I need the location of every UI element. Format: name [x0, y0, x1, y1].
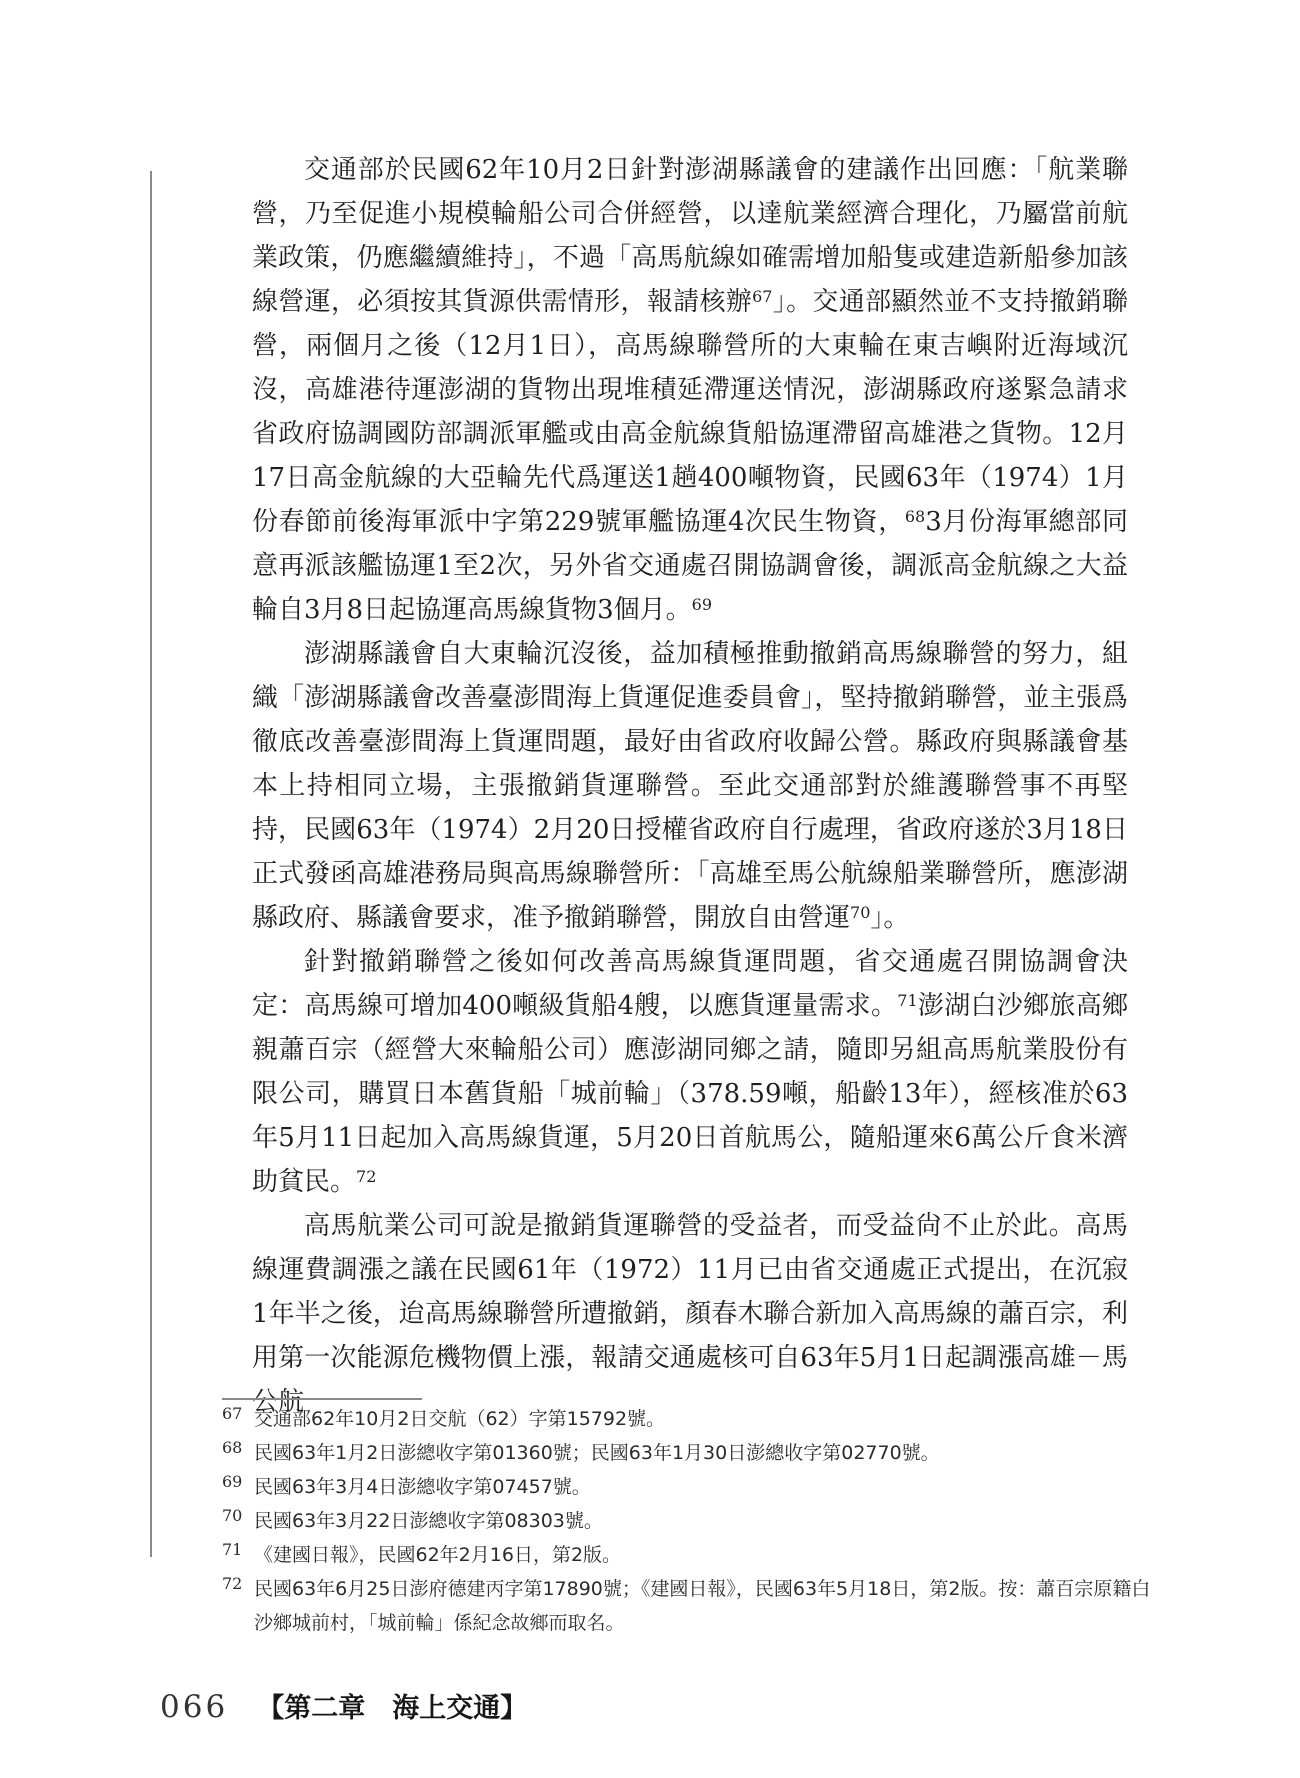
- footnote-ref: 72: [356, 1167, 376, 1186]
- footnote-ref: 71: [897, 991, 917, 1010]
- footnote-ref: 68: [905, 507, 925, 526]
- page-footer: 066 【第二章 海上交通】: [160, 1686, 527, 1725]
- left-margin-rule: [150, 171, 152, 1557]
- footnote: 69民國63年3月4日澎總收字第07457號。: [222, 1470, 1154, 1504]
- chapter-title: 【第二章 海上交通】: [257, 1686, 527, 1725]
- paragraph: 澎湖縣議會自大東輪沉沒後，益加積極推動撤銷高馬線聯營的努力，組織「澎湖縣議會改善…: [252, 632, 1128, 940]
- footnote: 68民國63年1月2日澎總收字第01360號；民國63年1月30日澎總收字第02…: [222, 1436, 1154, 1470]
- footnote-text: 民國63年6月25日澎府德建丙字第17890號；《建國日報》，民國63年5月18…: [254, 1578, 1150, 1634]
- page-number: 066: [160, 1689, 228, 1725]
- footnote-ref: 69: [692, 595, 712, 614]
- footnotes: 67交通部62年10月2日交航（62）字第15792號。68民國63年1月2日澎…: [222, 1402, 1154, 1640]
- footnote-ref: 67: [752, 287, 772, 306]
- footnote-text: 民國63年3月22日澎總收字第08303號。: [254, 1510, 603, 1532]
- footnote: 67交通部62年10月2日交航（62）字第15792號。: [222, 1402, 1154, 1436]
- paragraph: 針對撤銷聯營之後如何改善高馬線貨運問題，省交通處召開協調會決定：高馬線可增加40…: [252, 940, 1128, 1204]
- paragraph: 高馬航業公司可說是撤銷貨運聯營的受益者，而受益尙不止於此。高馬線運費調漲之議在民…: [252, 1204, 1128, 1424]
- footnote: 70民國63年3月22日澎總收字第08303號。: [222, 1504, 1154, 1538]
- footnote-text: 交通部62年10月2日交航（62）字第15792號。: [254, 1408, 665, 1430]
- book-page: 交通部於民國62年10月2日針對澎湖縣議會的建議作出回應：「航業聯營，乃至促進小…: [0, 0, 1300, 1778]
- footnote-separator: [222, 1398, 422, 1400]
- footnote: 72民國63年6月25日澎府德建丙字第17890號；《建國日報》，民國63年5月…: [222, 1572, 1154, 1640]
- body-text: 交通部於民國62年10月2日針對澎湖縣議會的建議作出回應：「航業聯營，乃至促進小…: [252, 148, 1128, 1424]
- footnote-ref: 70: [850, 903, 870, 922]
- footnote-text: 民國63年1月2日澎總收字第01360號；民國63年1月30日澎總收字第0277…: [254, 1442, 940, 1464]
- footnote-text: 民國63年3月4日澎總收字第07457號。: [254, 1476, 591, 1498]
- footnote: 71《建國日報》，民國62年2月16日，第2版。: [222, 1538, 1154, 1572]
- paragraph: 交通部於民國62年10月2日針對澎湖縣議會的建議作出回應：「航業聯營，乃至促進小…: [252, 148, 1128, 632]
- footnote-text: 《建國日報》，民國62年2月16日，第2版。: [254, 1544, 621, 1566]
